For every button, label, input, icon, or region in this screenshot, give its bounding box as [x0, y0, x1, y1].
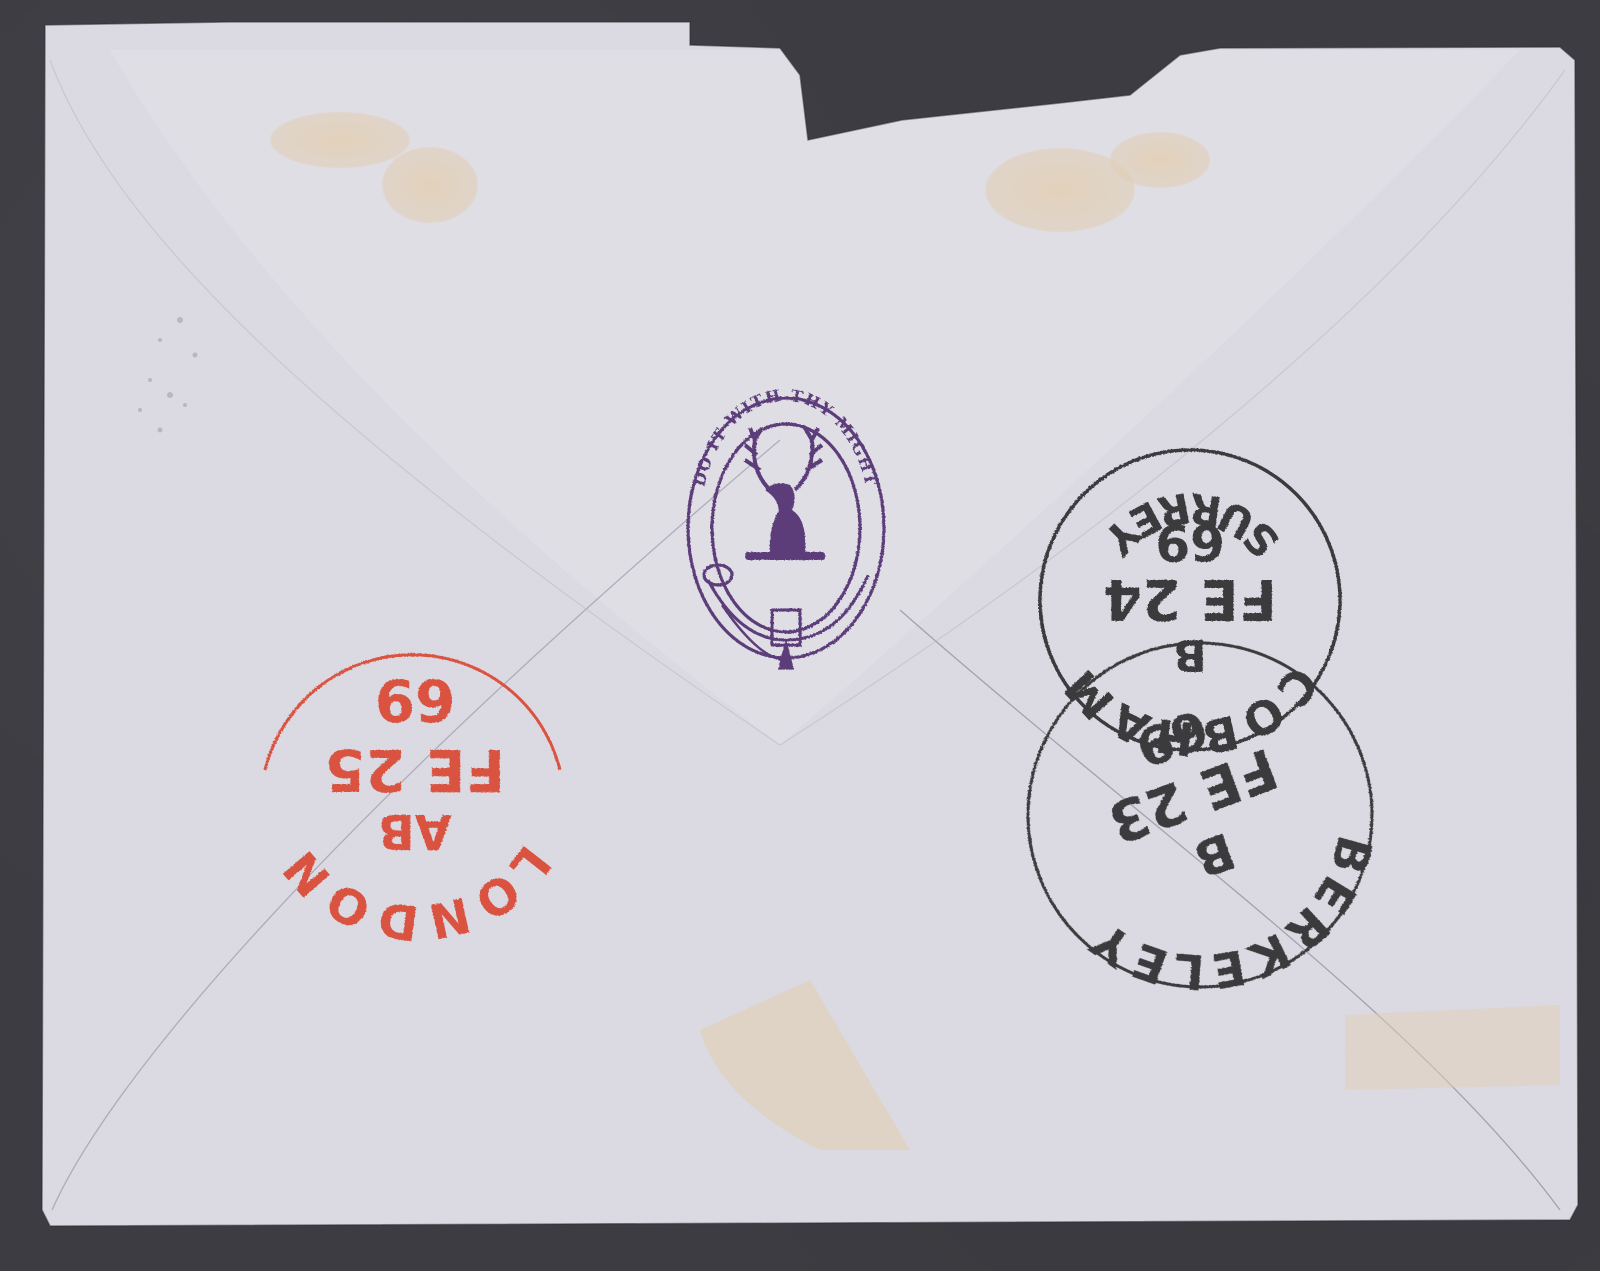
cobham-date: FE 24	[1103, 566, 1277, 631]
envelope-back: DO IT WITH THY MIGHT COBHAM SURREY B	[0, 0, 1600, 1271]
london-code: AB	[378, 803, 452, 859]
london-year: 69	[375, 666, 456, 734]
cobham-code: B	[1173, 629, 1207, 680]
cobham-year: 69	[1155, 513, 1225, 571]
london-date: FE 25	[325, 736, 505, 804]
